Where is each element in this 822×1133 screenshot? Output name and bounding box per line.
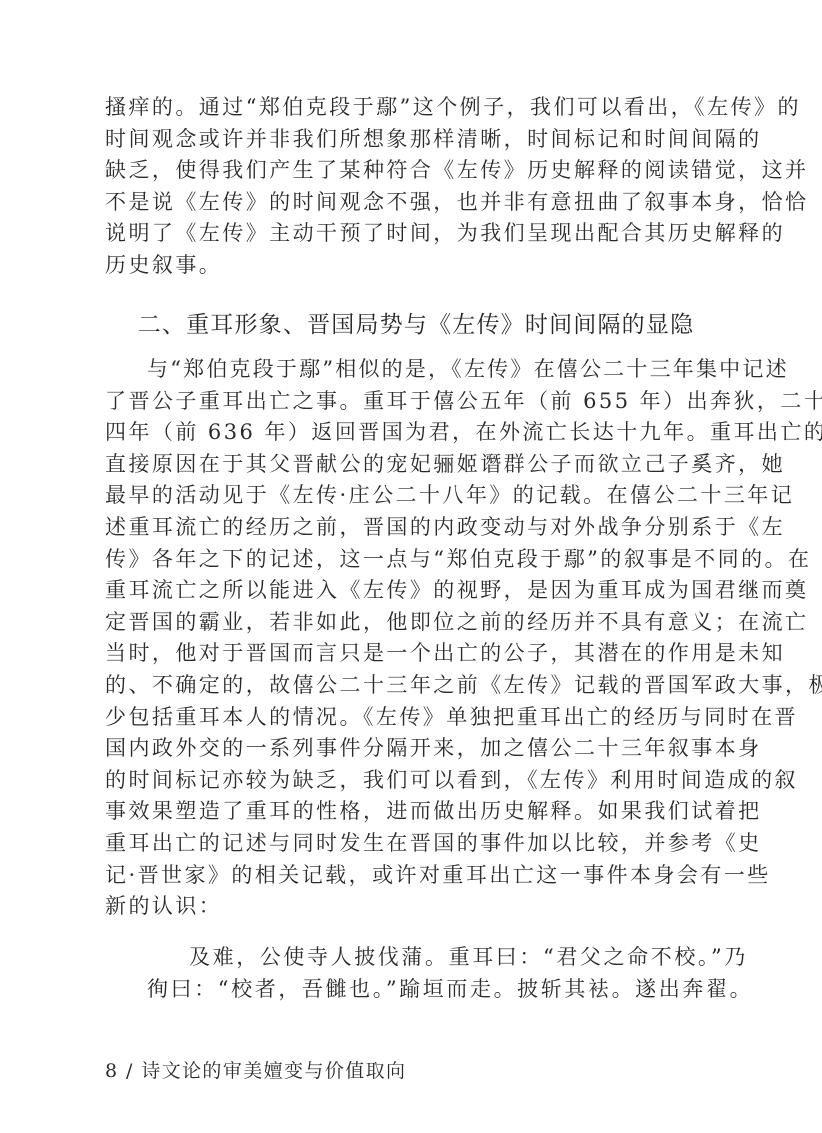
- text-line: 了晋公子重耳出亡之事。重耳于僖公五年（前 655 年）出奔狄，二十: [105, 386, 717, 418]
- text-line: 的时间标记亦较为缺乏，我们可以看到，《左传》利用时间造成的叙: [105, 765, 717, 797]
- block-quote: 及难，公使寺人披伐蒲。重耳曰：“君父之命不校。”乃 徇曰：“校者，吾雠也。”踰垣…: [105, 942, 717, 1005]
- text-line: 不是说《左传》的时间观念不强，也并非有意扭曲了叙事本身，恰恰: [105, 187, 717, 219]
- text-line: 直接原因在于其父晋献公的宠妃骊姬谮群公子而欲立己子奚齐，她: [105, 449, 717, 481]
- text-line: 定晋国的霸业，若非如此，他即位之前的经历并不具有意义；在流亡: [105, 607, 717, 639]
- page-number: 8: [105, 1060, 119, 1082]
- text-line: 时间观念或许并非我们所想象那样清晰，时间标记和时间间隔的: [105, 124, 717, 156]
- footer-separator: /: [126, 1060, 134, 1082]
- intro-paragraph: 搔痒的。通过“郑伯克段于鄢”这个例子，我们可以看出，《左传》的 时间观念或许并非…: [105, 92, 717, 282]
- text-line: 搔痒的。通过“郑伯克段于鄢”这个例子，我们可以看出，《左传》的: [105, 92, 717, 124]
- text-line: 事效果塑造了重耳的性格，进而做出历史解释。如果我们试着把: [105, 796, 717, 828]
- text-line: 新的认识：: [105, 891, 717, 923]
- text-line: 四年（前 636 年）返回晋国为君，在外流亡长达十九年。重耳出亡的: [105, 417, 717, 449]
- page-footer: 8 / 诗文论的审美嬗变与价值取向: [105, 1056, 406, 1083]
- book-title: 诗文论的审美嬗变与价值取向: [141, 1060, 406, 1082]
- quote-line: 徇曰：“校者，吾雠也。”踰垣而走。披斩其袪。遂出奔翟。: [105, 974, 717, 1006]
- text-line: 与“郑伯克段于鄢”相似的是，《左传》在僖公二十三年集中记述: [105, 354, 717, 386]
- text-line: 述重耳流亡的经历之前，晋国的内政变动与对外战争分别系于《左: [105, 512, 717, 544]
- text-line: 缺乏，使得我们产生了某种符合《左传》历史解释的阅读错觉，这并: [105, 155, 717, 187]
- text-line: 重耳出亡的记述与同时发生在晋国的事件加以比较，并参考《史: [105, 828, 717, 860]
- section-heading: 二、重耳形象、晋国局势与《左传》时间间隔的显隐: [105, 310, 717, 342]
- text-line: 最早的活动见于《左传·庄公二十八年》的记载。在僖公二十三年记: [105, 480, 717, 512]
- text-line: 说明了《左传》主动干预了时间，为我们呈现出配合其历史解释的: [105, 218, 717, 250]
- text-line: 少包括重耳本人的情况。《左传》单独把重耳出亡的经历与同时在晋: [105, 702, 717, 734]
- text-line: 记·晋世家》的相关记载，或许对重耳出亡这一事件本身会有一些: [105, 860, 717, 892]
- quote-line: 及难，公使寺人披伐蒲。重耳曰：“君父之命不校。”乃: [105, 942, 717, 974]
- text-line: 重耳流亡之所以能进入《左传》的视野，是因为重耳成为国君继而奠: [105, 575, 717, 607]
- text-line: 传》各年之下的记述，这一点与“郑伯克段于鄢”的叙事是不同的。在: [105, 544, 717, 576]
- main-paragraph: 与“郑伯克段于鄢”相似的是，《左传》在僖公二十三年集中记述 了晋公子重耳出亡之事…: [105, 354, 717, 923]
- text-line: 历史叙事。: [105, 250, 717, 282]
- text-line: 的、不确定的，故僖公二十三年之前《左传》记载的晋国军政大事，极: [105, 670, 717, 702]
- text-line: 国内政外交的一系列事件分隔开来，加之僖公二十三年叙事本身: [105, 733, 717, 765]
- text-line: 当时，他对于晋国而言只是一个出亡的公子，其潜在的作用是未知: [105, 638, 717, 670]
